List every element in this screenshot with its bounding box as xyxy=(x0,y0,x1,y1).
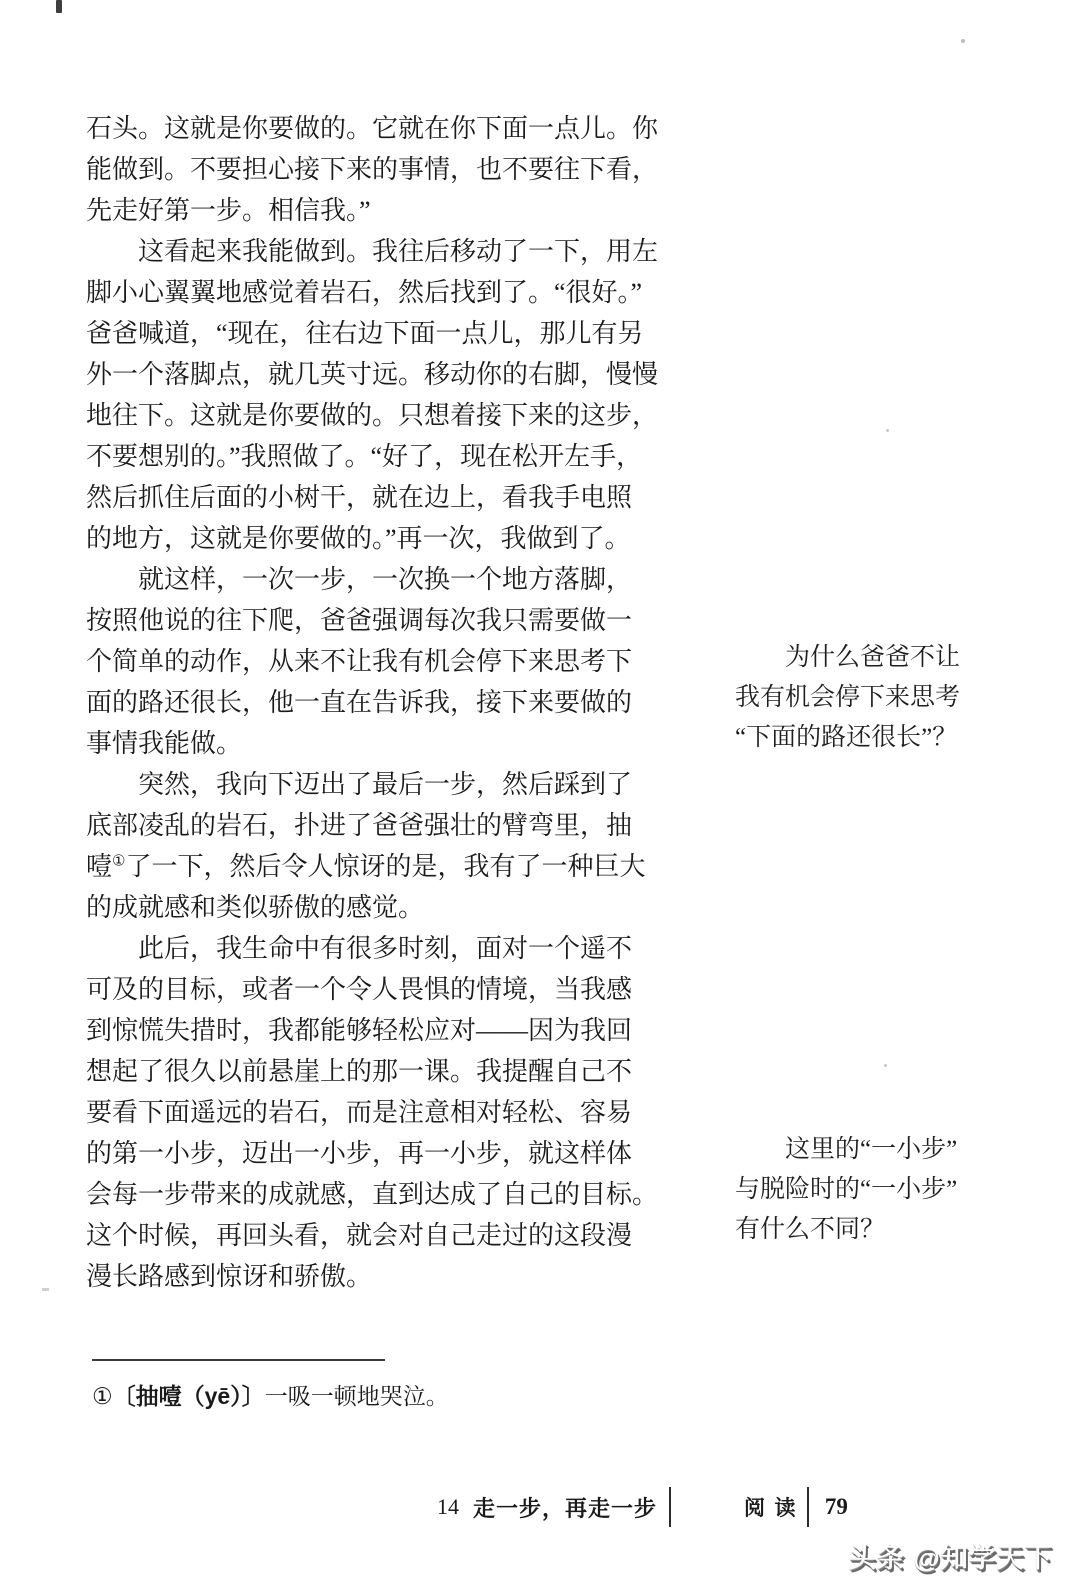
text-line: 的地方，这就是你要做的。”再一次，我做到了。 xyxy=(86,518,678,559)
text-line: 脚小心翼翼地感觉着岩石，然后找到了。“很好。” xyxy=(86,272,678,313)
text-line: 底部凌乱的岩石，扑进了爸爸强壮的臂弯里，抽 xyxy=(86,805,678,846)
text-line: 按照他说的往下爬，爸爸强调每次我只需要做一 xyxy=(86,600,678,641)
page-number: 79 xyxy=(825,1494,848,1520)
scan-artifact xyxy=(961,39,965,43)
text-line: 想起了很久以前悬崖上的那一课。我提醒自己不 xyxy=(86,1051,678,1092)
text-line: 漫长路感到惊讶和骄傲。 xyxy=(86,1256,678,1297)
text-line: 面的路还很长，他一直在告诉我，接下来要做的 xyxy=(86,682,678,723)
margin-note-line: 为什么爸爸不让 xyxy=(735,638,1005,678)
scan-artifact xyxy=(56,0,62,13)
text-line: 这看起来我能做到。我往后移动了一下，用左 xyxy=(86,231,678,272)
text-line: 不要想别的。”我照做了。“好了，现在松开左手， xyxy=(86,436,678,477)
textbook-page: 石头。这就是你要做的。它就在你下面一点儿。你能做到。不要担心接下来的事情，也不要… xyxy=(0,0,1080,1592)
text-line: 要看下面遥远的岩石，而是注意相对轻松、容易 xyxy=(86,1092,678,1133)
text-line: 噎①了一下，然后令人惊讶的是，我有了一种巨大 xyxy=(86,846,678,887)
text-line: 事情我能做。 xyxy=(86,723,678,764)
text-line: 会每一步带来的成就感，直到达成了自己的目标。 xyxy=(86,1174,678,1215)
text-line: 个简单的动作，从来不让我有机会停下来思考下 xyxy=(86,641,678,682)
footnote-marker: ① xyxy=(92,1384,113,1409)
lesson-title: 走一步，再走一步 xyxy=(473,1492,657,1523)
margin-note-line: 与脱险时的“一小步” xyxy=(735,1170,1005,1210)
scan-artifact xyxy=(884,1064,887,1067)
footnote-term: 〔抽噎（yē）〕 xyxy=(113,1383,265,1409)
text-line: 突然，我向下迈出了最后一步，然后踩到了 xyxy=(86,764,678,805)
footnote-ref: ① xyxy=(112,853,125,869)
text-line: 然后抓住后面的小树干，就在边上，看我手电照 xyxy=(86,477,678,518)
scan-artifact xyxy=(42,1288,49,1291)
text-line: 先走好第一步。相信我。” xyxy=(86,190,678,231)
lesson-number: 14 xyxy=(437,1494,459,1520)
margin-note-line: 有什么不同？ xyxy=(735,1210,1005,1250)
margin-note-2: 这里的“一小步” 与脱险时的“一小步” 有什么不同？ xyxy=(735,1130,1005,1250)
text-line: 的第一小步，迈出一小步，再一小步，就这样体 xyxy=(86,1133,678,1174)
watermark: 头条 @知学天下 xyxy=(849,1536,1053,1575)
margin-note-line: 我有机会停下来思考 xyxy=(735,678,1005,718)
text-line: 到惊慌失措时，我都能够轻松应对——因为我回 xyxy=(86,1010,678,1051)
footnote: ①〔抽噎（yē）〕一吸一顿地哭泣。 xyxy=(92,1381,449,1412)
margin-note-line: “下面的路还很长”？ xyxy=(735,718,1005,758)
footer-lesson: 14 走一步，再走一步 xyxy=(437,1485,671,1529)
footer-divider-bar xyxy=(669,1487,671,1527)
text-line: 外一个落脚点，就几英寸远。移动你的右脚，慢慢 xyxy=(86,354,678,395)
text-line: 地往下。这就是你要做的。只想着接下来的这步， xyxy=(86,395,678,436)
text-line: 石头。这就是你要做的。它就在你下面一点儿。你 xyxy=(86,108,678,149)
text-line: 就这样，一次一步，一次换一个地方落脚， xyxy=(86,559,678,600)
text-line: 这个时候，再回头看，就会对自己走过的这段漫 xyxy=(86,1215,678,1256)
text-line: 此后，我生命中有很多时刻，面对一个遥不 xyxy=(86,928,678,969)
section-label: 阅读 xyxy=(744,1492,805,1522)
text-line: 的成就感和类似骄傲的感觉。 xyxy=(86,887,678,928)
margin-note-line: 这里的“一小步” xyxy=(735,1130,1005,1170)
text-line: 爸爸喊道，“现在，往右边下面一点儿，那儿有另 xyxy=(86,313,678,354)
scan-artifact xyxy=(886,429,889,432)
footnote-definition: 一吸一顿地哭泣。 xyxy=(265,1384,449,1409)
footnote-divider xyxy=(92,1359,385,1361)
text-line: 能做到。不要担心接下来的事情，也不要往下看， xyxy=(86,149,678,190)
body-text: 石头。这就是你要做的。它就在你下面一点儿。你能做到。不要担心接下来的事情，也不要… xyxy=(86,108,678,1297)
margin-note-1: 为什么爸爸不让 我有机会停下来思考 “下面的路还很长”？ xyxy=(735,638,1005,758)
text-line: 可及的目标，或者一个令人畏惧的情境，当我感 xyxy=(86,969,678,1010)
footer-section: 阅读 79 xyxy=(744,1485,848,1529)
footer-divider-bar xyxy=(807,1487,809,1527)
